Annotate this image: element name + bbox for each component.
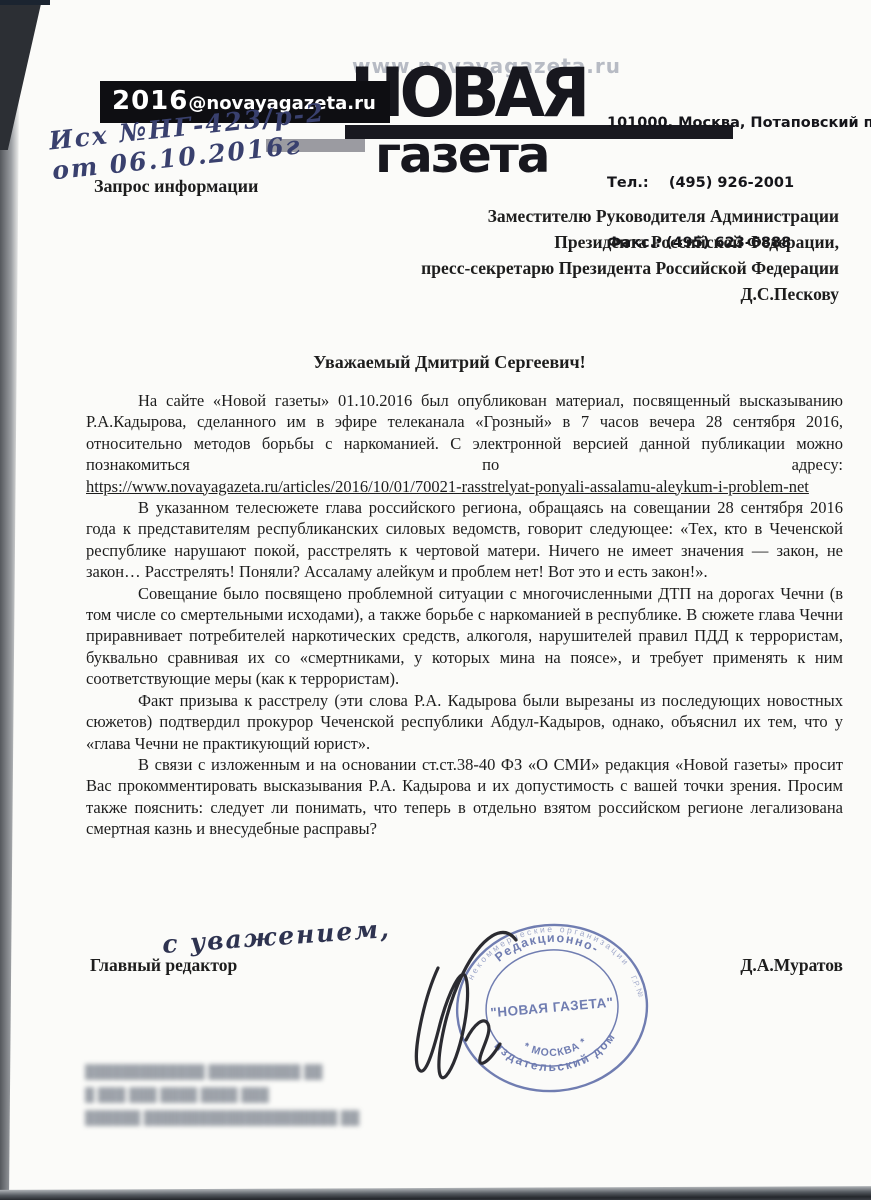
recipient-name: Д.С.Пескову — [421, 281, 839, 307]
newspaper-logo-subword: газета — [373, 126, 603, 184]
recipient-line: Президента Российской Федерации, — [421, 229, 839, 255]
salutation: Уважаемый Дмитрий Сергеевич! — [72, 352, 827, 373]
handwritten-closing: с уважением, — [161, 914, 391, 959]
blurred-line: █████████████ ██████████ ██ — [85, 1060, 359, 1083]
recipient-block: Заместителю Руководителя Администрации П… — [421, 203, 839, 307]
paragraph-2: В указанном телесюжете глава российского… — [86, 497, 843, 583]
contact-phone: Тел.: (495) 926-2001 — [607, 173, 871, 193]
article-url-link: https://www.novayagazeta.ru/articles/201… — [86, 476, 843, 497]
signature-stroke — [492, 933, 516, 940]
editor-signature — [408, 926, 538, 1091]
letter-body: На сайте «Новой газеты» 01.10.2016 был о… — [86, 390, 843, 840]
scan-edge-left — [0, 0, 20, 1200]
recipient-line: Заместителю Руководителя Администрации — [421, 203, 839, 229]
scan-corner-sliver — [0, 0, 50, 5]
paragraph-4: Факт призыва к расстрелу (эти слова Р.А.… — [86, 690, 843, 754]
signoff-title: Главный редактор — [90, 955, 237, 976]
blurred-footer-contact: █████████████ ██████████ ██ █ ███ ███ ██… — [85, 1060, 359, 1129]
paragraph-5: В связи с изложенным и на основании ст.с… — [86, 754, 843, 840]
logo-subword-text: газета — [375, 126, 549, 184]
scan-edge-bottom — [0, 1186, 871, 1200]
paragraph-3: Совещание было посвящено проблемной ситу… — [86, 583, 843, 690]
signoff-name: Д.А.Муратов — [740, 955, 843, 976]
blurred-line: █ ███ ███ ████ ████ ███ — [85, 1083, 359, 1106]
paragraph-1: На сайте «Новой газеты» 01.10.2016 был о… — [86, 390, 843, 497]
letter-subject: Запрос информации — [94, 176, 258, 197]
scanned-letter-page: www.novayagazeta.ru НОВАЯ газета 2016@no… — [0, 0, 871, 1200]
signature-stroke — [466, 1021, 500, 1063]
paragraph-1-text: На сайте «Новой газеты» 01.10.2016 был о… — [86, 390, 843, 476]
recipient-line: пресс-секретарю Президента Российской Фе… — [421, 255, 839, 281]
scan-corner-shadow — [0, 0, 46, 150]
email-badge-number: 2016 — [112, 86, 188, 116]
contact-address: 101000, Москва, Потаповский пер., д. 3 — [607, 113, 871, 133]
blurred-line: ██████ █████████████████████ ██ — [85, 1106, 359, 1129]
handwritten-outgoing-ref: Исх №НГ-423/р-2 от 06.10.2016г — [48, 98, 330, 187]
